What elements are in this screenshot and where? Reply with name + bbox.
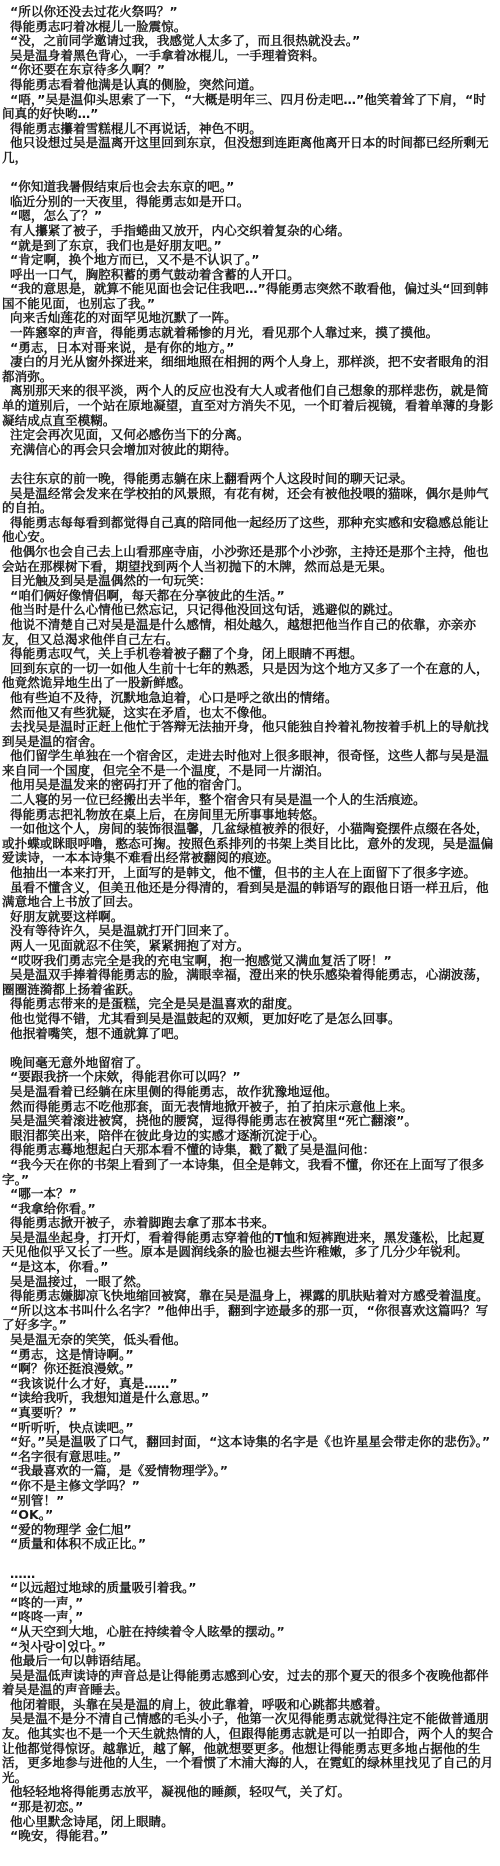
- paragraph: “첫사랑이었다。”: [2, 1640, 494, 1655]
- paragraph: “好。”吴是温吸了口气，翻回封面，“这本诗集的名字是《也许星星会带走你的悲伤》。…: [2, 1435, 494, 1450]
- paragraph: 充满信心的再会只会增加对彼此的期待。: [2, 443, 494, 458]
- paragraph-break: [2, 457, 494, 472]
- paragraph: 一阵窸窣的声音，得能勇志就着稀惨的月光，看见那个人靠过来，摸了摸他。: [2, 326, 494, 341]
- paragraph: 两人一见面就忍不住笑，紧紧拥抱了对方。: [2, 939, 494, 954]
- paragraph: “哪一本？”: [2, 1187, 494, 1202]
- paragraph: 呼出一口气，胸腔积蓄的勇气鼓动着含蓄的人开口。: [2, 268, 494, 283]
- paragraph: “我的意思是，就算不能见面也会记住我吧…”得能勇志突然不敢看他，偏过头“回到韩国…: [2, 282, 494, 311]
- paragraph: 目光触及到吴是温偶然的一句玩笑：: [2, 574, 494, 589]
- paragraph: 好朋友就要这样啊。: [2, 910, 494, 925]
- paragraph: “爱的物理学 金仁旭”: [2, 1523, 494, 1538]
- paragraph: 得能勇志嫌脚凉飞快地缩回被窝，靠在吴是温身上，裸露的肌肤贴着对方感受着温度。: [2, 1289, 494, 1304]
- paragraph: 得能勇志叼着冰棍儿一脸震惊。: [2, 20, 494, 35]
- paragraph: 吴是温低声读诗的声音总是让得能勇志感到心安，过去的那个夏天的很多个夜晚他都伴着吴…: [2, 1669, 494, 1698]
- paragraph: 他闭着眼，头靠在吴是温的肩上，彼此靠着，呼吸和心跳都共感着。: [2, 1698, 494, 1713]
- paragraph-break: [2, 166, 494, 181]
- paragraph: “肯定啊，换个地方而已，又不是不认识了。”: [2, 253, 494, 268]
- paragraph: 一如他这个人，房间的装饰很温馨，几盆绿植被养的很好，小猫陶瓷摆件点缀在各处，或扑…: [2, 822, 494, 866]
- paragraph: 回到东京的一切一如他人生前十七年的熟悉，只是因为这个地方又多了一个在意的人，他竟…: [2, 662, 494, 691]
- paragraph: “嗯，怎么了？”: [2, 209, 494, 224]
- novel-text-page: “所以你还没去过花火祭吗？”得能勇志叼着冰棍儿一脸震惊。“没，之前同学邀请过我，…: [0, 0, 500, 1866]
- paragraph: 他最后一句以韩语结尾。: [2, 1654, 494, 1669]
- paragraph: 眼泪都笑出来，陪伴在彼此身边的实感才逐渐沉淀于心。: [2, 1129, 494, 1144]
- paragraph: “我今天在你的书架上看到了一本诗集，但全是韩文，我看不懂，你还在上面写了很多字。…: [2, 1158, 494, 1187]
- paragraph: “读给我听，我想知道是什么意思。”: [2, 1391, 494, 1406]
- paragraph: 吴是温接过，一眼了然。: [2, 1275, 494, 1290]
- paragraph: 他抽出一本来打开，上面写的是韩文，他不懂，但书的主人在上面留下了很多字迹。: [2, 866, 494, 881]
- story-text: “所以你还没去过花火祭吗？”得能勇志叼着冰棍儿一脸震惊。“没，之前同学邀请过我，…: [2, 5, 494, 1844]
- paragraph: “晚安，得能君。”: [2, 1829, 494, 1844]
- paragraph: 得能勇志每每看到都觉得自己真的陪同他一起经历了这些，那种充实感和安稳感总能让他心…: [2, 516, 494, 545]
- paragraph: “是这本，你看。”: [2, 1260, 494, 1275]
- paragraph: “咱们俩好像情侣啊，每天都在分享彼此的生活。”: [2, 589, 494, 604]
- paragraph: “你知道我暑假结束后也会去东京的吧。”: [2, 180, 494, 195]
- paragraph: 他当时是什么心情他已然忘记，只记得他没回这句话，逃避似的跳过。: [2, 603, 494, 618]
- paragraph: 然而得能勇志不吃他那套，面无表情地掀开被子，拍了拍床示意他上来。: [2, 1100, 494, 1115]
- paragraph: 凄白的月光从窗外探进来，细细地照在相拥的两个人身上，那样淡，把不安者眼角的泪都消…: [2, 355, 494, 384]
- paragraph: 得能勇志叹气，关上手机卷着被子翻了个身，闭上眼睛不再想。: [2, 647, 494, 662]
- paragraph: “名字很有意思哇。”: [2, 1450, 494, 1465]
- paragraph: 注定会再次见面，又何必感伤当下的分离。: [2, 428, 494, 443]
- paragraph: 晚间毫无意外地留宿了。: [2, 1056, 494, 1071]
- paragraph: “OK。”: [2, 1508, 494, 1523]
- paragraph: “所以你还没去过花火祭吗？”: [2, 5, 494, 20]
- paragraph: 得能勇志带来的是蛋糕，完全是吴是温喜欢的甜度。: [2, 997, 494, 1012]
- paragraph: “质量和体积不成正比。”: [2, 1537, 494, 1552]
- paragraph: 他们留学生单独在一个宿舍区，走进去时他对上很多眼神，很奇怪，这些人都与吴是温来自…: [2, 749, 494, 778]
- paragraph: “咚咚一声，”: [2, 1610, 494, 1625]
- paragraph: 吴是温经常会发来在学校拍的风景照，有花有树，还会有被他投喂的猫咪，偶尔是帅气的自…: [2, 487, 494, 516]
- paragraph: “听听听，快点读吧。”: [2, 1421, 494, 1436]
- paragraph: “别管！”: [2, 1494, 494, 1509]
- paragraph: “啊？你还挺浪漫欸。”: [2, 1362, 494, 1377]
- paragraph: 他也觉得不错，尤其看到吴是温鼓起的双颊，更加好吃了是怎么回事。: [2, 1012, 494, 1027]
- paragraph: 得能勇志看着他满是认真的侧脸，突然问道。: [2, 78, 494, 93]
- paragraph: 吴是温身着黑色背心，一手拿着冰棍儿，一手理着资料。: [2, 49, 494, 64]
- paragraph: 没有等待许久，吴是温就打开门回来了。: [2, 924, 494, 939]
- paragraph: 得能勇志攥着雪糕棍儿不再说话，神色不明。: [2, 122, 494, 137]
- paragraph: 离别那天来的很平淡，两个人的反应也没有大人或者他们自己想象的那样悲伤，就是简单的…: [2, 384, 494, 428]
- paragraph: 去往东京的前一晚，得能勇志躺在床上翻看两个人这段时间的聊天记录。: [2, 472, 494, 487]
- paragraph: 吴是温看着已经躺在床里侧的得能勇志，故作犹豫地逗他。: [2, 1085, 494, 1100]
- paragraph-break: [2, 1041, 494, 1056]
- paragraph: “真要听？”: [2, 1406, 494, 1421]
- paragraph: 吴是温坐起身，打开灯，看着得能勇志穿着他的T恤和短裤跑进来，黑发蓬松，比起夏天见…: [2, 1231, 494, 1260]
- paragraph: “勇志，日本对哥来说，是有你的地方。”: [2, 341, 494, 356]
- paragraph: “就是到了东京，我们也是好朋友吧。”: [2, 239, 494, 254]
- paragraph: 他有些迫不及待，沉默地急迫着，心口是呼之欲出的情绪。: [2, 691, 494, 706]
- paragraph: 吴是温笑着滚进被窝，挠他的腰窝，逗得得能勇志在被窝里“死亡翻滚”。: [2, 1114, 494, 1129]
- paragraph: “你不是主修文学吗？”: [2, 1479, 494, 1494]
- paragraph: “没，之前同学邀请过我，我感觉人太多了，而且很热就没去。”: [2, 34, 494, 49]
- paragraph: “要跟我挤一个床欸，得能君你可以吗？”: [2, 1070, 494, 1085]
- paragraph: “唔，”吴是温仰头思索了一下，“大概是明年三、四月份走吧…”他笑着耸了下肩，“时…: [2, 93, 494, 122]
- paragraph: “咚的一声，”: [2, 1596, 494, 1611]
- paragraph: 有人攥紧了被子，手指蜷曲又放开，内心交织着复杂的心绪。: [2, 224, 494, 239]
- paragraph: “所以这本书叫什么名字？”他伸出手，翻到字迹最多的那一页，“你很喜欢这篇吗？写了…: [2, 1304, 494, 1333]
- paragraph: 吴是温双手捧着得能勇志的脸，满眼幸福，澄出来的快乐感染着得能勇志，心湖波荡，圈圈…: [2, 968, 494, 997]
- paragraph: “我该说什么才好，真是……”: [2, 1377, 494, 1392]
- paragraph: “我最喜欢的一篇，是《爱情物理学》。”: [2, 1464, 494, 1479]
- paragraph: 他偶尔也会自己去上山看那座寺庙，小沙弥还是那个小沙弥，主持还是那个主持，他也会站…: [2, 545, 494, 574]
- paragraph: 他轻轻地将得能勇志放平，凝视他的睡颜，轻叹气，关了灯。: [2, 1785, 494, 1800]
- paragraph: “勇志，这是情诗啊。”: [2, 1348, 494, 1363]
- paragraph-break: [2, 1552, 494, 1567]
- paragraph: 得能勇志掀开被子，赤着脚跑去拿了那本书来。: [2, 1216, 494, 1231]
- paragraph: “那是初恋。”: [2, 1800, 494, 1815]
- paragraph: 他心里默念诗尾，闭上眼睛。: [2, 1815, 494, 1830]
- paragraph: 他只设想过吴是温离开这里回到东京，但没想到连距离他离开日本的时间都已经所剩无几，: [2, 136, 494, 165]
- paragraph: 吴是温无奈的笑笑，低头看他。: [2, 1333, 494, 1348]
- paragraph: ……: [2, 1567, 494, 1582]
- paragraph: 得能勇志蓦地想起白天那本看不懂的诗集，戳了戳了吴是温问他：: [2, 1143, 494, 1158]
- paragraph: 向来舌灿莲花的对面罕见地沉默了一阵。: [2, 311, 494, 326]
- paragraph: 临近分别的一天夜里，得能勇志如是开口。: [2, 195, 494, 210]
- paragraph: 去找吴是温时正赶上他忙于答辩无法抽开身，他只能独自拎着礼物按着手机上的导航找到吴…: [2, 720, 494, 749]
- paragraph: 得能勇志把礼物放在桌上后，在房间里无所事事地转悠。: [2, 808, 494, 823]
- paragraph: 虽看不懂含义，但美丑他还是分得清的，看到吴是温的韩语写的跟他日语一样丑后，他满意…: [2, 881, 494, 910]
- paragraph: 二人寝的另一位已经搬出去半年，整个宿舍只有吴是温一个人的生活痕迹。: [2, 793, 494, 808]
- paragraph: “以远超过地球的质量吸引着我。”: [2, 1581, 494, 1596]
- paragraph: 他用吴是温发来的密码打开了他的宿舍门。: [2, 778, 494, 793]
- paragraph: “哎呀我们勇志完全是我的充电宝啊，抱一抱感觉又满血复活了呀！”: [2, 954, 494, 969]
- paragraph: 然而他又有些犹疑，这实在矛盾，也太不像他。: [2, 706, 494, 721]
- paragraph: “你还要在东京待多久啊？”: [2, 63, 494, 78]
- paragraph: “从天空到大地，心脏在持续着令人眩晕的摆动。”: [2, 1625, 494, 1640]
- paragraph: 他抿着嘴笑，想不通就算了吧。: [2, 1027, 494, 1042]
- paragraph: 吴是温不是分不清自己情感的毛头小子，他第一次见得能勇志就觉得注定不能做普通朋友。…: [2, 1712, 494, 1785]
- paragraph: “我拿给你看。”: [2, 1202, 494, 1217]
- paragraph: 他说不清楚自己对吴是温是什么感情，相处越久，越想把他当作自己的依靠，亦亲亦友，但…: [2, 618, 494, 647]
